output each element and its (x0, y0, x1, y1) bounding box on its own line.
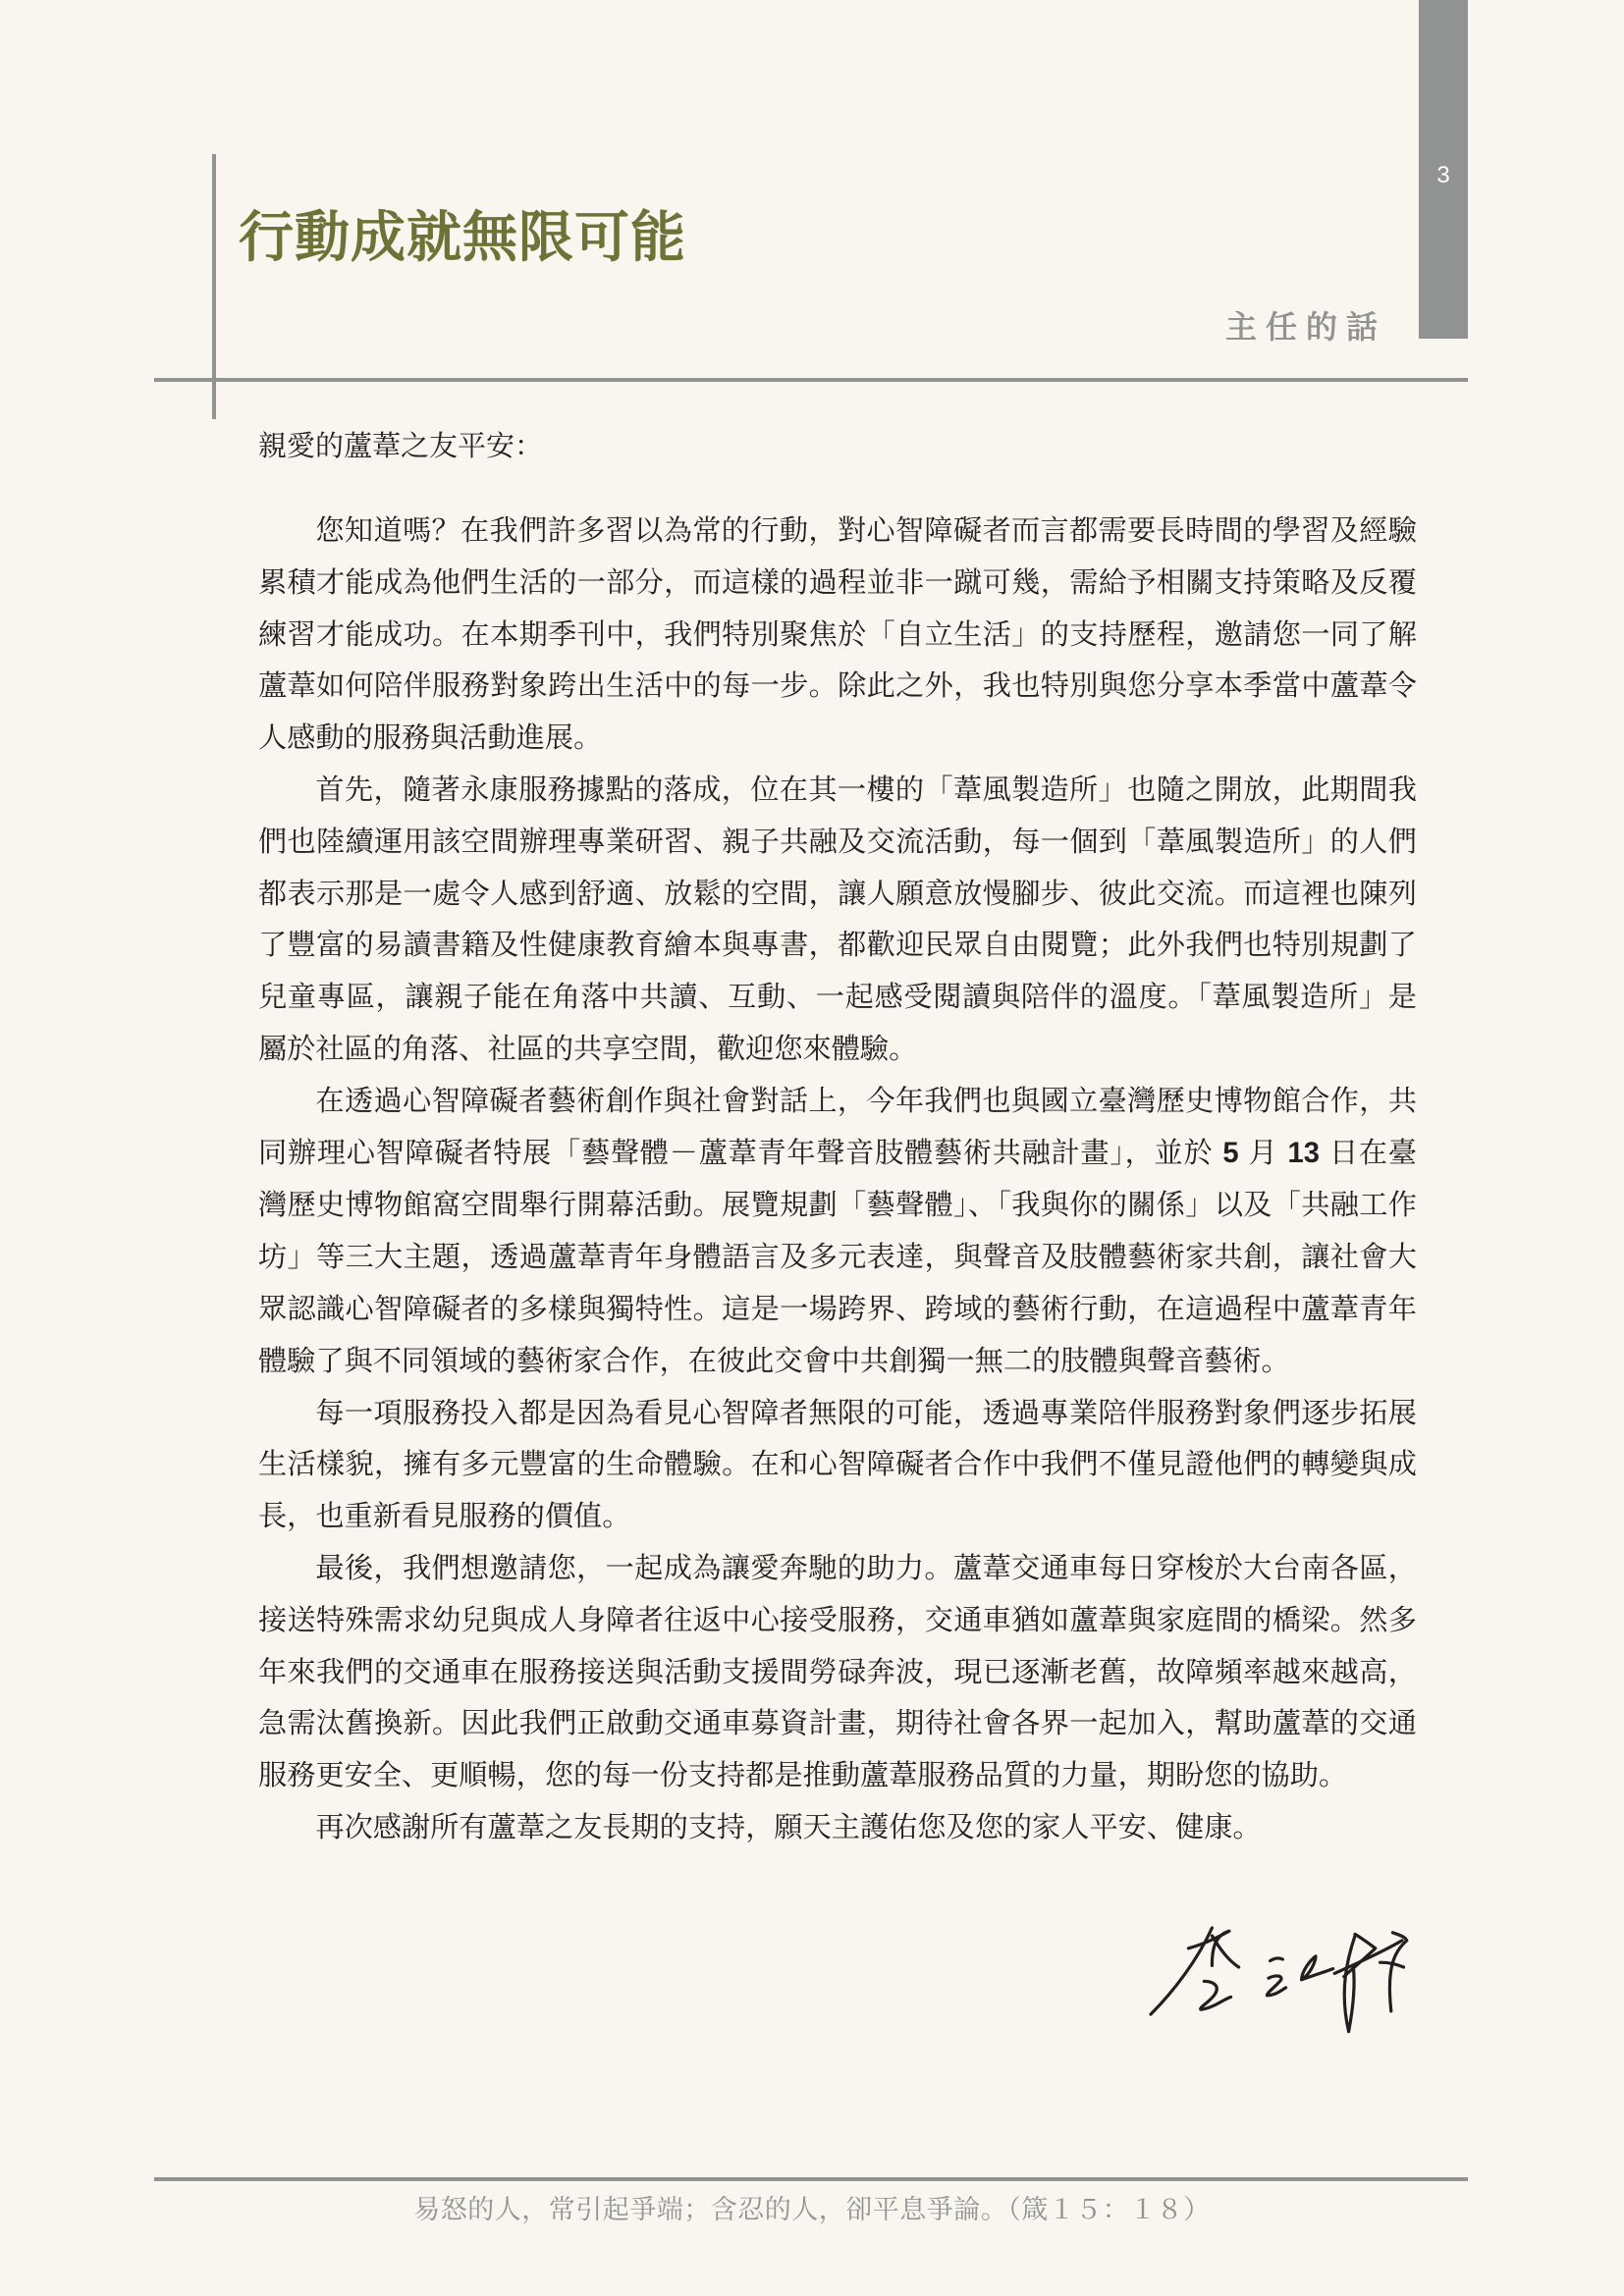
paragraph-service-value: 每一項服務投入都是因為看見心智障者無限的可能，透過專業陪伴服務對象們逐步拓展生活… (258, 1387, 1417, 1542)
header-rule (154, 378, 1468, 382)
paragraph-thanks: 再次感謝所有蘆葦之友長期的支持，願天主護佑您及您的家人平安、健康。 (258, 1801, 1417, 1853)
section-label: 主任的話 (1225, 302, 1386, 347)
letter-greeting: 親愛的蘆葦之友平安： (258, 424, 543, 464)
paragraph-art-exhibition: 在透過心智障礙者藝術創作與社會對話上，今年我們也與國立臺灣歷史博物館合作，共同辦… (258, 1075, 1417, 1387)
page-title: 行動成就無限可能 (239, 194, 686, 273)
footer-verse: 易怒的人，常引起爭端；含忍的人，卻平息爭論。（箴１５：１８） (0, 2188, 1624, 2226)
paragraph-intro: 您知道嗎？在我們許多習以為常的行動，對心智障礙者而言都需要長時間的學習及經驗累積… (258, 505, 1417, 764)
footer-rule (154, 2177, 1468, 2181)
page-tab: 3 (1419, 0, 1468, 339)
month-unit: 月 (1239, 1136, 1288, 1169)
paragraph-reed-workshop: 首先，隨著永康服務據點的落成，位在其一樓的「葦風製造所」也隨之開放，此期間我們也… (258, 764, 1417, 1075)
date-month: 5 (1222, 1138, 1238, 1169)
signature-icon (1110, 1904, 1443, 2061)
letter-body: 您知道嗎？在我們許多習以為常的行動，對心智障礙者而言都需要長時間的學習及經驗累積… (258, 505, 1417, 1853)
paragraph-fundraising: 最後，我們想邀請您，一起成為讓愛奔馳的助力。蘆葦交通車每日穿梭於大台南各區，接送… (258, 1542, 1417, 1801)
page-number: 3 (1419, 162, 1468, 189)
paragraph-text: 日在臺灣歷史博物館窩空間舉行開幕活動。展覽規劃「藝聲體」、「我與你的關係」以及「… (258, 1136, 1417, 1377)
date-day: 13 (1288, 1138, 1320, 1169)
